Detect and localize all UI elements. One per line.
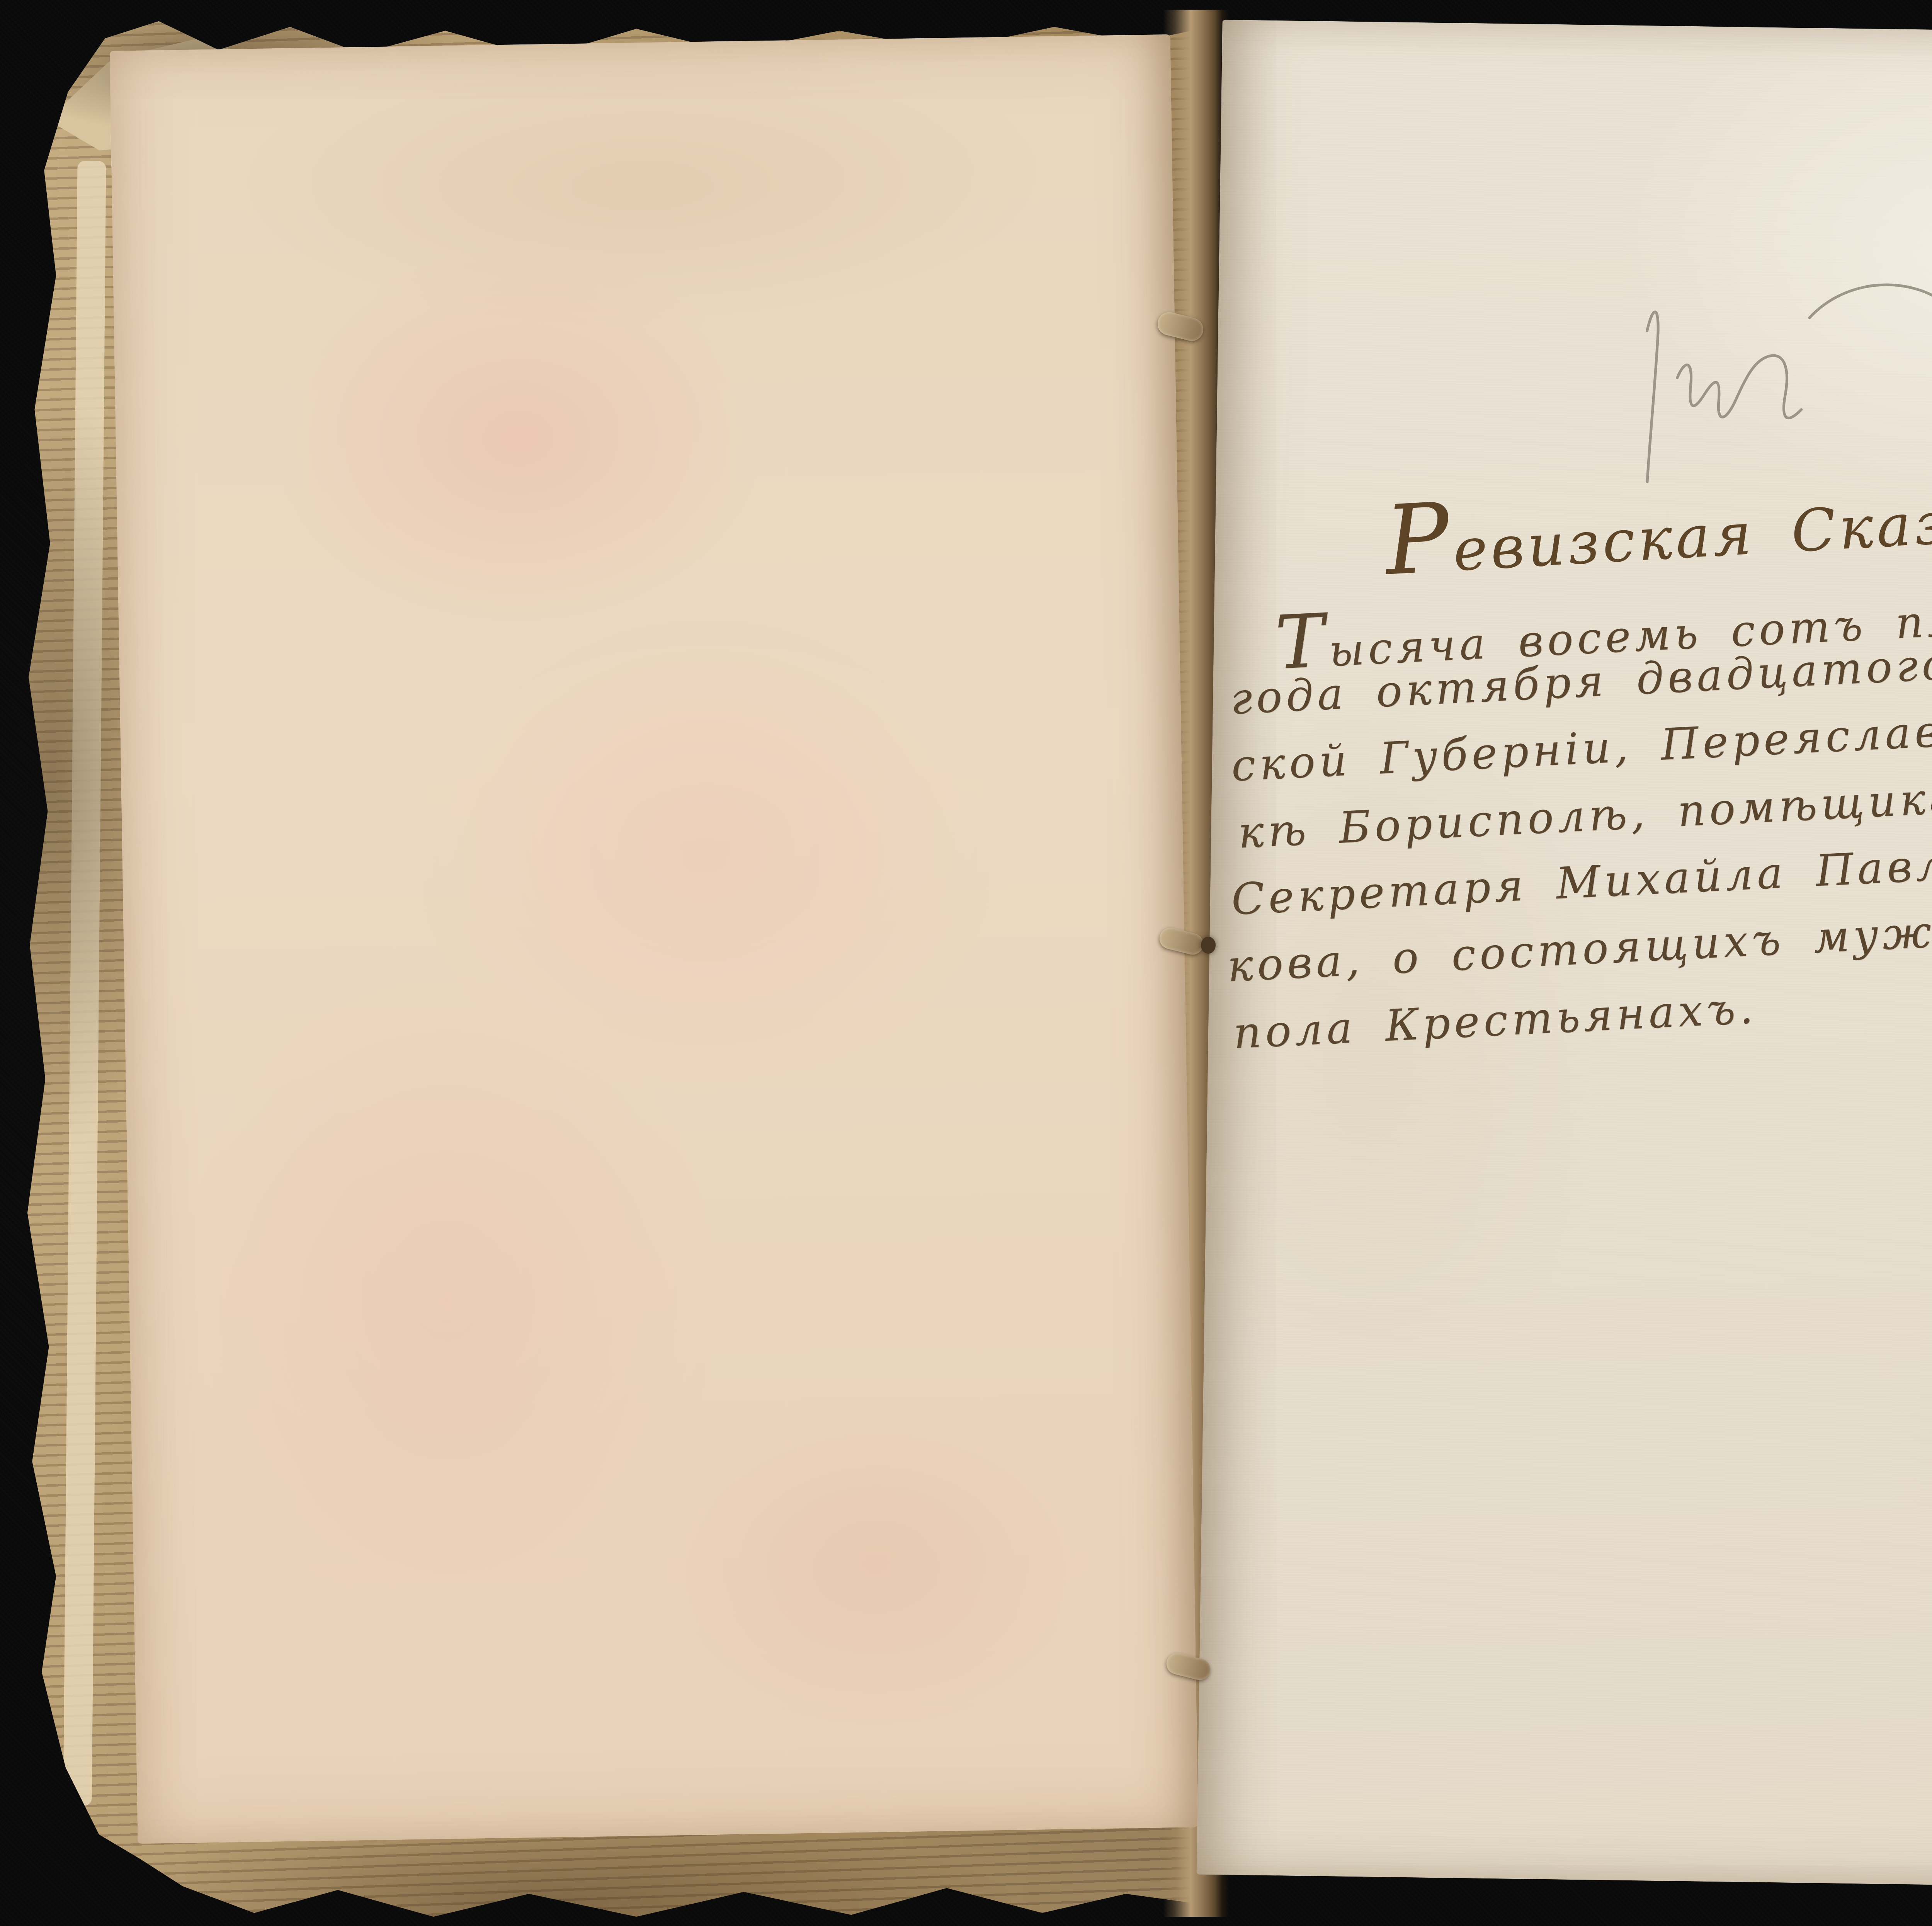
pale-paper-edge — [63, 161, 106, 1806]
photo-background: 585 459 N 530. Ревизская Сказка Тысяча в… — [0, 0, 1932, 1926]
body-text-line: пола Крестьянахъ. — [1232, 983, 1758, 1058]
binding-stitch-hole — [1201, 937, 1216, 954]
right-manuscript-page: 585 459 N 530. Ревизская Сказка Тысяча в… — [1197, 20, 1932, 1889]
left-blank-page — [110, 34, 1199, 1844]
